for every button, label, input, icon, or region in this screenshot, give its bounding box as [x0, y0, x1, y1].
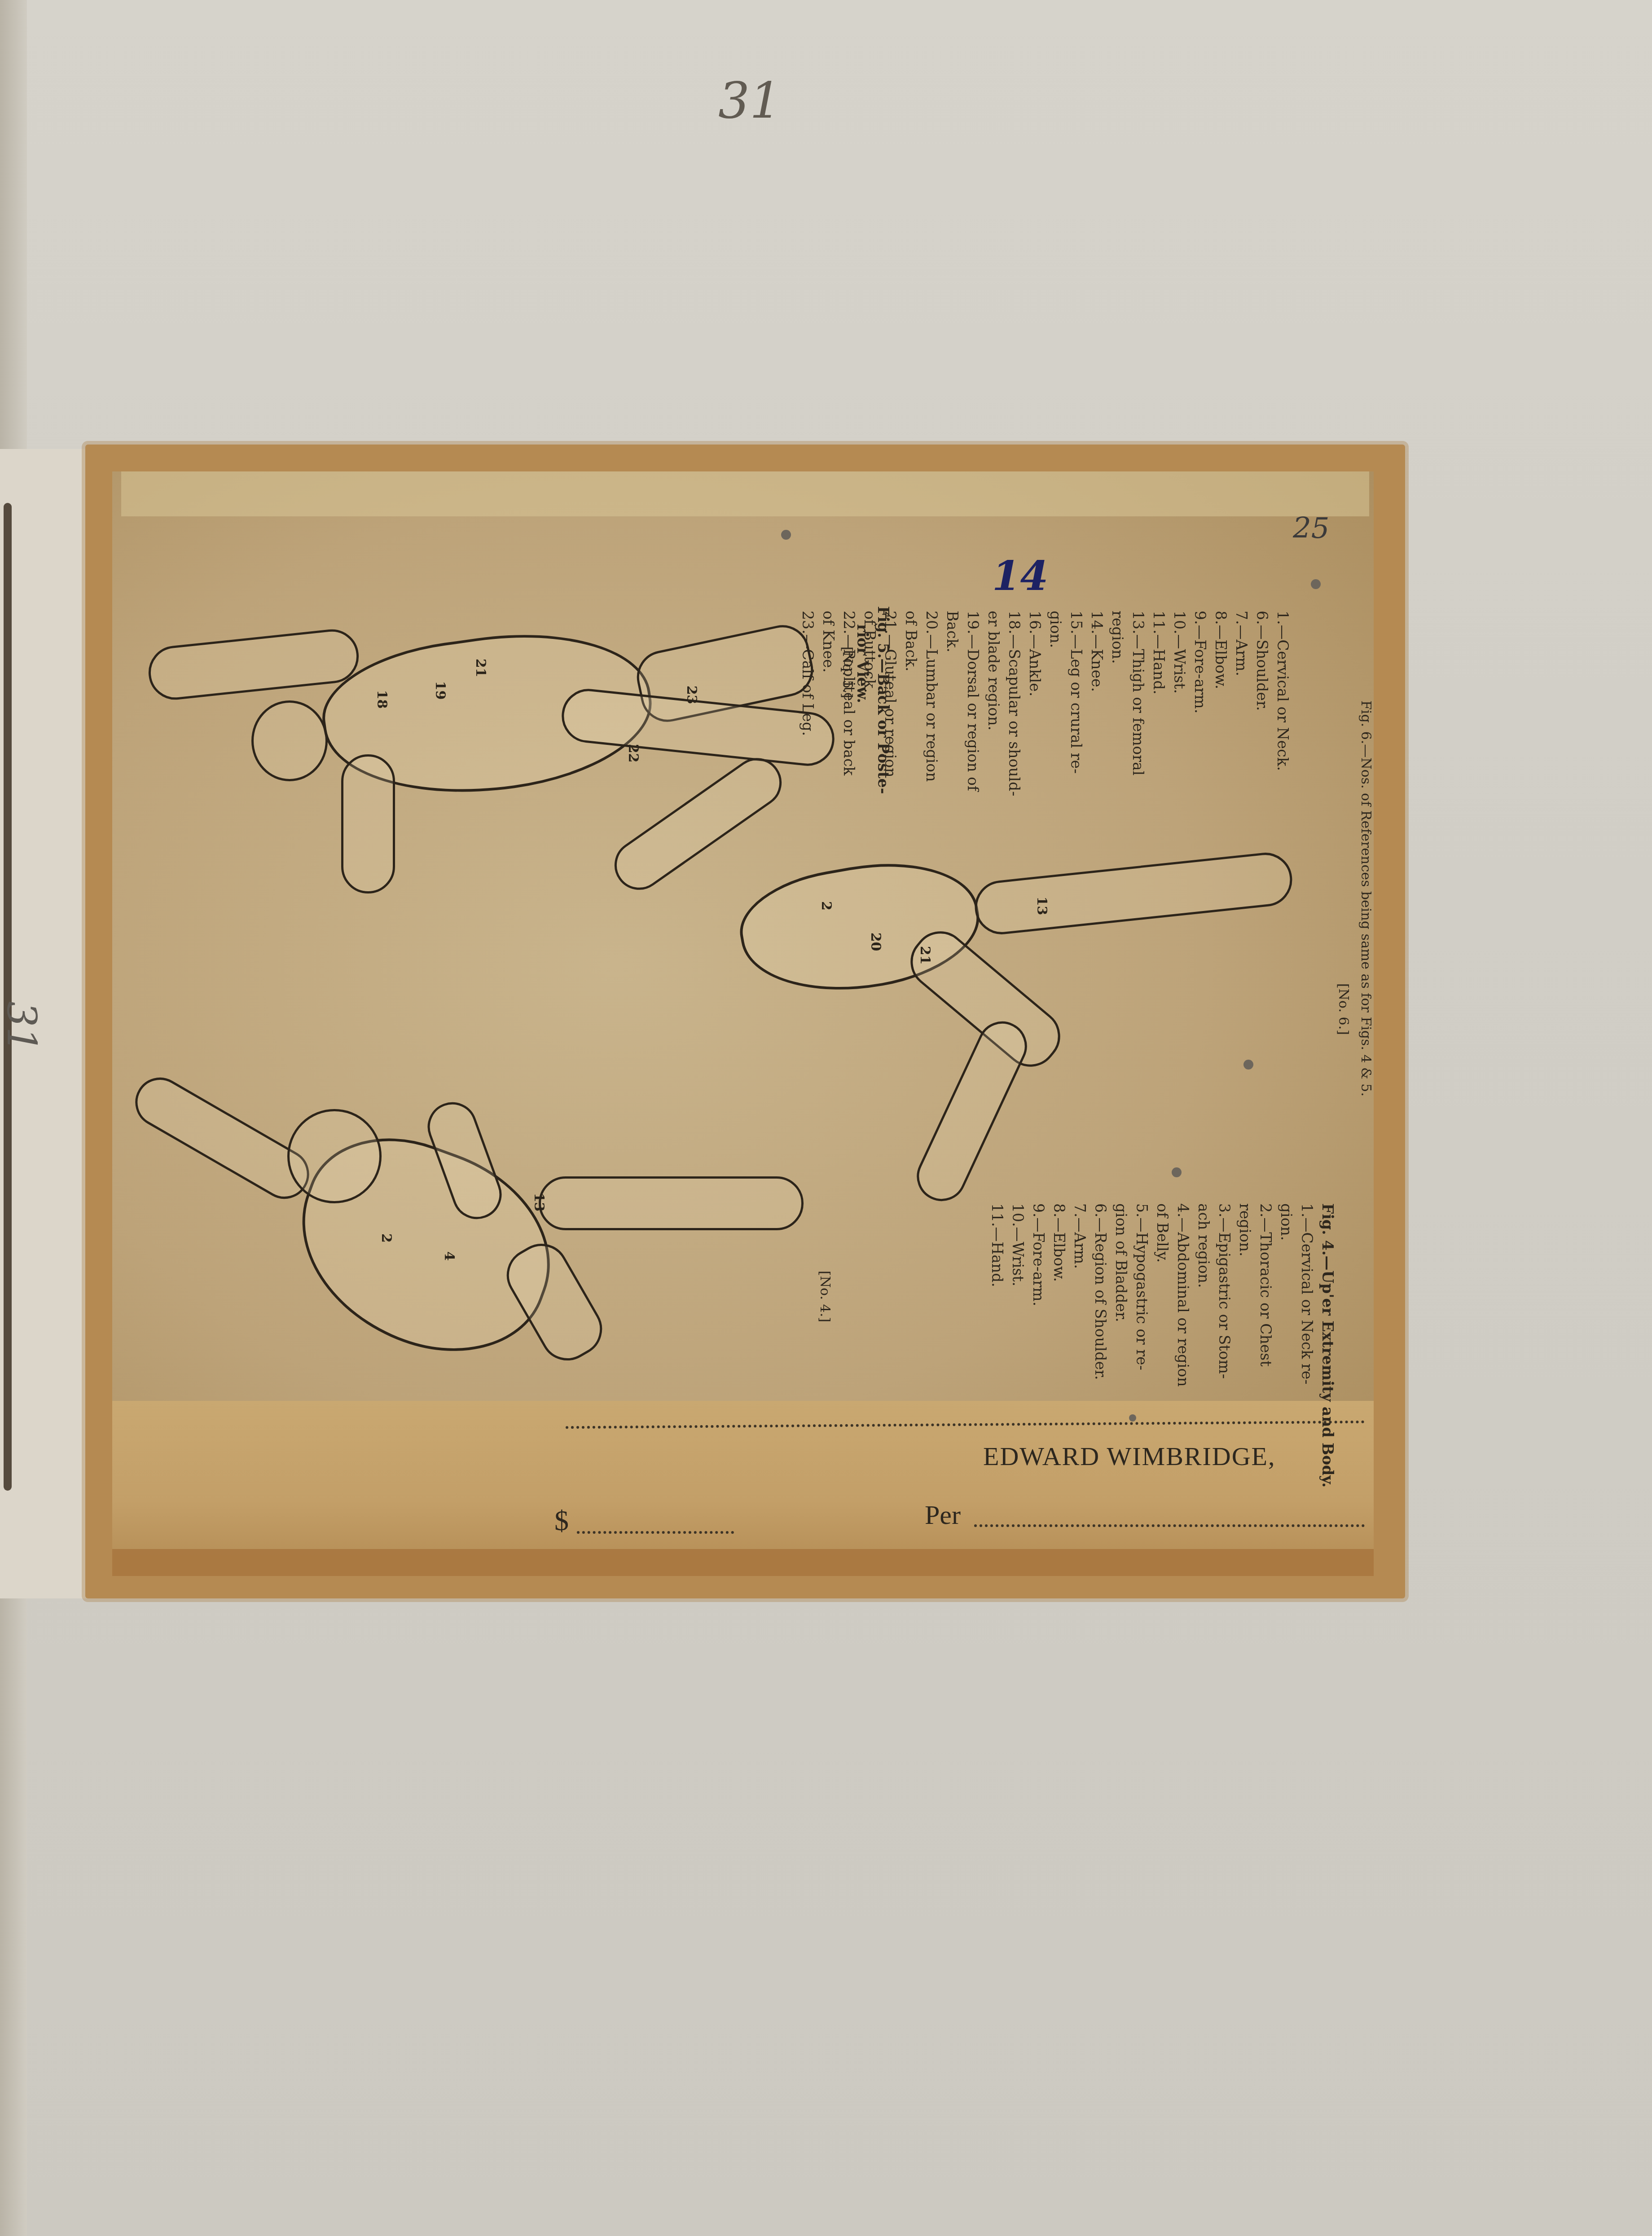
paper-spot	[1311, 579, 1321, 589]
fig5-item: 22.—Popliteal or back	[839, 611, 859, 796]
paper-spot	[1243, 1060, 1253, 1070]
receipt-company-name: EDWARD WIMBRIDGE,	[983, 1441, 1276, 1471]
fig5-item: 16.—Ankle.	[1024, 611, 1045, 796]
fig4-region-13: 13	[531, 1193, 547, 1212]
receipt-amount-line	[577, 1531, 734, 1534]
torn-edge-shadow	[4, 503, 12, 1491]
tape-strip-top	[121, 471, 1369, 516]
fig6-region-20: 20	[868, 933, 883, 951]
fig5-item: 6.—Shoulder.	[1252, 611, 1272, 796]
fig5-item: 21.—Gluteal or region	[880, 611, 901, 796]
fig5-item: 11.—Hand.	[1148, 611, 1169, 796]
fig5-item: er blade region.	[983, 611, 1004, 796]
bottom-stain-band	[112, 1549, 1374, 1576]
fig5-item: 18.—Scapular or should-	[1004, 611, 1024, 796]
fig4-head	[287, 1109, 382, 1203]
fig5-item: 23.—Calf of Leg.	[797, 611, 818, 796]
fig5-item: 15.—Leg or crural re-	[1066, 611, 1086, 796]
receipt-per-label: Per	[925, 1500, 961, 1531]
fig4-title: Fig. 4.—Up'er Extremity and Body.	[1317, 1203, 1338, 1488]
fig6-caption: Fig. 6.—Nos. of References being same as…	[1358, 700, 1374, 1096]
paper-spot	[1129, 1414, 1136, 1422]
fig5-item: of Buttock.	[859, 611, 880, 796]
fig4-leg-straight	[539, 1176, 804, 1230]
fig5-item: Back.	[942, 611, 962, 796]
fig5-legend-items: 1.—Cervical or Neck. 6.—Shoulder. 7.—Arm…	[797, 611, 1293, 796]
fig4-region-4: 4	[441, 1251, 457, 1261]
fig5-region-18: 18	[374, 690, 390, 709]
fig5-head	[251, 700, 328, 781]
fig5-item: 1.—Cervical or Neck.	[1272, 611, 1293, 796]
fig4-item: 1.—Cervical or Neck re-	[1296, 1203, 1317, 1488]
fig5-region-22: 22	[625, 744, 641, 763]
fig5-region-19: 19	[432, 681, 448, 700]
page-number-margin: 31	[0, 1001, 45, 1053]
fig6-label: [No. 6.]	[1336, 983, 1351, 1035]
fig5-item: 13.—Thigh or femoral	[1128, 611, 1148, 796]
fig6-region-21: 21	[917, 946, 933, 965]
fig5-arm-lower	[341, 754, 395, 894]
paper-spot	[1172, 1167, 1182, 1177]
fig4-label: [No. 4.]	[817, 1271, 833, 1322]
paper-spot	[781, 530, 791, 540]
fig5-region-21: 21	[473, 659, 488, 678]
fig5-item: of Back.	[901, 611, 921, 796]
fig6-region-2: 2	[818, 901, 834, 911]
fig5-item: 19.—Dorsal or region of	[962, 611, 983, 796]
fig5-item: 10.—Wrist.	[1169, 611, 1190, 796]
page-number-top: 31	[718, 72, 781, 129]
fig5-region-23: 23	[684, 686, 699, 704]
fig5-item: 7.—Arm.	[1231, 611, 1252, 796]
album-page: 31 31 18 19 21 22 23 2 20 21 13	[0, 0, 1652, 2236]
fig5-item: 20.—Lumbar or region	[921, 611, 942, 796]
fig4-region-2: 2	[378, 1233, 394, 1243]
fig5-item: region.	[1107, 611, 1128, 796]
fig5-item: 14.—Knee.	[1086, 611, 1107, 796]
receipt-dollar-label: $	[554, 1504, 569, 1537]
fig6-region-13: 13	[1034, 897, 1050, 916]
handwritten-number-blue: 14	[992, 552, 1048, 600]
receipt-signature-line	[974, 1524, 1365, 1527]
fig5-item: of Knee.	[818, 611, 839, 796]
handwritten-number-pencil: 25	[1293, 512, 1329, 545]
fig5-item: gion.	[1045, 611, 1066, 796]
fig5-item: 9.—Fore-arm.	[1190, 611, 1210, 796]
fig4-item: gion.	[1276, 1203, 1296, 1488]
fig5-item: 8.—Elbow.	[1210, 611, 1231, 796]
